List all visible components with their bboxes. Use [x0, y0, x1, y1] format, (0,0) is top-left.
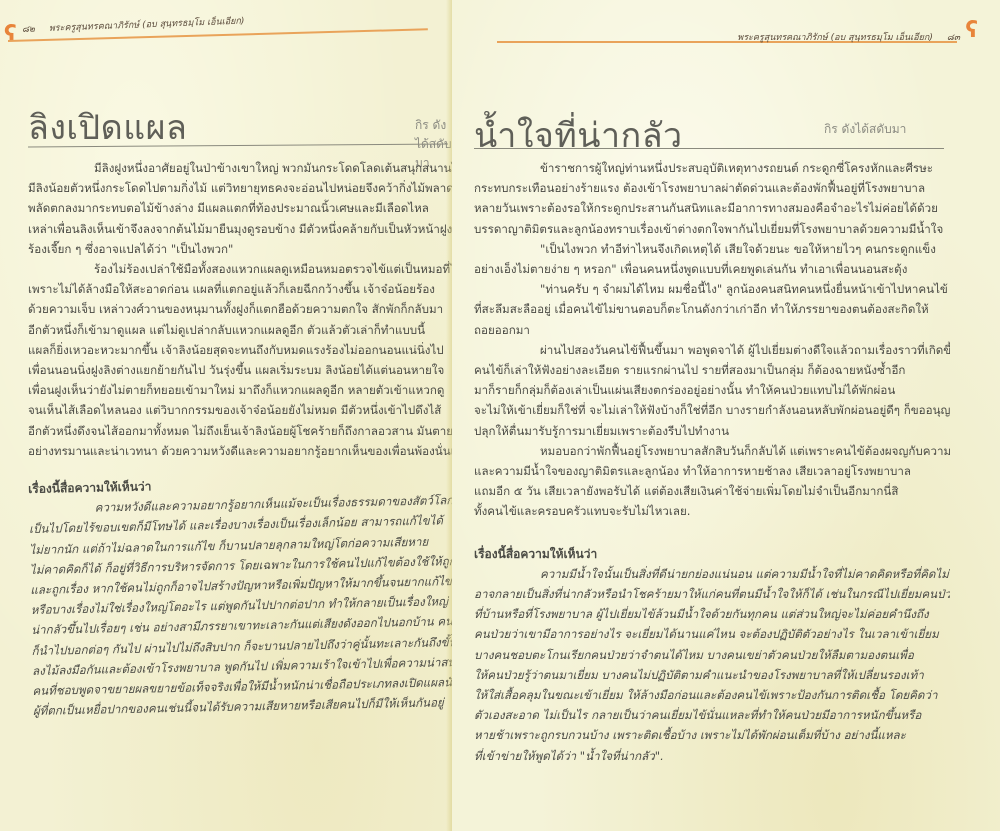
running-head-text: พระครูสุนทรคณาภิรักษ์ (อบ สุนฺทรธมฺโม เอ… — [737, 30, 933, 44]
story-body: ข้าราชการผู้ใหญ่ท่านหนึ่งประสบอุบัติเหตุ… — [474, 158, 950, 766]
text-line: ตัวเองสะอาด ไม่เป็นไร กลายเป็นว่าคนเยี่ย… — [474, 705, 950, 725]
text-line: ถอยออกมา — [474, 320, 950, 340]
left-page: ʕ ๘๒ พระครูสุนทรคณาภิรักษ์ (อบ สุนฺทรธมฺ… — [0, 0, 452, 831]
text-line: หลายวันเพราะต้องรอให้กระดูกประสานกันสนิท… — [474, 198, 950, 218]
text-line: บรรดาญาติมิตรและลูกน้องทราบเรื่องเข้าต่า… — [474, 219, 950, 239]
text-line: เพื่อนฝูงเห็นว่ายังไม่ตายก็ทยอยเข้ามาใหม… — [28, 380, 452, 400]
running-head: พระครูสุนทรคณาภิรักษ์ (อบ สุนฺทรธมฺโม เอ… — [737, 30, 960, 44]
text-line: คนป่วยว่าเขามีอาการอย่างไร จะเยี่ยมได้นา… — [474, 624, 950, 644]
text-line: อย่างเอ็งไม่ตายง่าย ๆ หรอก" เพื่อนคนหนึ่… — [474, 259, 950, 279]
text-line: ให้คนป่วยรู้ว่าตนมาเยี่ยม บางคนไม่ปฏิบัต… — [474, 665, 950, 685]
text-line: ที่บ้านหรือที่โรงพยาบาล ผู้ไปเยี่ยมไข้ล้… — [474, 604, 950, 624]
page-number: ๘๓ — [947, 30, 960, 44]
text-line: ที่เข้าข่ายให้พูดได้ว่า "น้ำใจที่น่ากลัว… — [474, 746, 950, 766]
title-rule — [474, 148, 944, 149]
text-line: แผลก็ยิ่งเหวอะหวะมากขึ้น เจ้าลิงน้อยสุดจ… — [28, 340, 452, 360]
text-line: คนไข้ก็เล่าให้ฟังอย่างละเอียด รายแรกผ่าน… — [474, 360, 950, 380]
text-line: มีลิงน้อยตัวหนึ่งกระโดดไปตามกิ่งไม้ แต่ว… — [28, 178, 452, 198]
story-body: มีลิงฝูงหนึ่งอาศัยอยู่ในป่าข้างเขาใหญ่ พ… — [28, 158, 452, 721]
text-line: อาจกลายเป็นสิ่งที่น่ากลัวหรือนำโชคร้ายมา… — [474, 584, 950, 604]
text-line: ผ่านไปสองวันคนไข้ฟื้นขึ้นมา พอพูดจาได้ ผ… — [474, 340, 950, 360]
text-line: ที่สะลึมสะลืออยู่ เมื่อคนไข้ไม่ขานตอบก็ต… — [474, 299, 950, 319]
byline: กิร ดังได้สดับมา — [824, 120, 906, 139]
text-line: ให้ใส่เสื้อคลุมในขณะเข้าเยี่ยม ให้ล้างมื… — [474, 685, 950, 705]
text-line: บางคนชอบตะโกนเรียกคนป่วยว่าจำตนได้ไหม บา… — [474, 645, 950, 665]
text-line: ทั้งคนไข้และครอบครัวแทบจะรับไม่ไหวเลย. — [474, 501, 950, 521]
running-head-text: พระครูสุนทรคณาภิรักษ์ (อบ สุนฺทรธมฺโม เอ… — [49, 13, 245, 34]
text-line: พลัดตกลงมากระทบตอไม้ข้างล่าง มีแผลแตกที่… — [28, 198, 452, 218]
text-line: ข้าราชการผู้ใหญ่ท่านหนึ่งประสบอุบัติเหตุ… — [474, 158, 950, 178]
text-line: หายช้าเพราะถูกรบกวนบ้าง เพราะติดเชื้อบ้า… — [474, 725, 950, 745]
text-line: ร้องเจี๊ยก ๆ ซึ่งอาจแปลได้ว่า "เป็นไงพวก… — [28, 239, 452, 259]
book-spread: ʕ ๘๒ พระครูสุนทรคณาภิรักษ์ (อบ สุนฺทรธมฺ… — [0, 0, 1000, 831]
text-line: เพื่อนนอนนิ่งฝูงลิงต่างแยกย้ายกันไป วันร… — [28, 360, 452, 380]
text-line: ร้องไม่ร้องเปล่าใช้มือทั้งสองแหวกแผลดูเห… — [28, 259, 452, 279]
ornament-curl-icon: ʕ — [4, 24, 17, 46]
text-line: กระทบกระเทือนอย่างร้ายแรง ต้องเข้าโรงพยา… — [474, 178, 950, 198]
text-line: และความมีน้ำใจของญาติมิตรและลูกน้อง ทำให… — [474, 461, 950, 481]
text-line: มาก็รายก็กลุ่มก็ต้องเล่าเป็นแผ่นเสียงตกร… — [474, 380, 950, 400]
lesson-section: เรื่องนี้สื่อความให้เห็นว่า ความหวังดีแล… — [28, 470, 452, 721]
text-line: ปลุกให้ตื่นมารับรู้การมาเยี่ยมเพราะต้องร… — [474, 421, 950, 441]
chapter-title: น้ำใจที่น่ากลัว — [474, 108, 683, 162]
text-line: เหล่าเพื่อนลิงเห็นเข้าจึงลงจากต้นไม้มายื… — [28, 219, 452, 239]
text-line: อีกตัวหนึ่งดึงจนไส้ออกมาทั้งหมด ไม่ถึงเย… — [28, 421, 452, 441]
lesson-heading: เรื่องนี้สื่อความให้เห็นว่า — [474, 544, 950, 564]
text-line: เพราะไม่ได้ล้างมือให้สะอาดก่อน แผลที่แตก… — [28, 279, 452, 299]
text-line: "เป็นไงพวก ทำอีท่าไหนจึงเกิดเหตุได้ เสีย… — [474, 239, 950, 259]
text-line: หมอบอกว่าพักฟื้นอยู่โรงพยาบาลสักสิบวันก็… — [474, 441, 950, 461]
text-line: "ท่านครับ ๆ จำผมได้ไหม ผมชื่อนี้ไง" ลูกน… — [474, 279, 950, 299]
page-number: ๘๒ — [22, 22, 35, 36]
text-line: จนเห็นไส้เลือดไหลนอง แต่วิบากกรรมของเจ้า… — [28, 400, 452, 420]
text-line: อย่างทรมานและน่าเวทนา ด้วยความหวังดีและค… — [28, 441, 452, 461]
text-line: ความมีน้ำใจนั้นเป็นสิ่งที่ดีน่ายกย่องแน่… — [474, 564, 950, 584]
text-line: จะไม่ให้เข้าเยี่ยมก็ใช่ที่ จะไม่เล่าให้ฟ… — [474, 400, 950, 420]
running-head: ๘๒ พระครูสุนทรคณาภิรักษ์ (อบ สุนฺทรธมฺโม… — [22, 13, 245, 36]
text-line: ด้วยความเจ็บ เหล่าวงศ์วานของหนุมานทั้งฝู… — [28, 299, 452, 319]
ornament-curl-icon: ʕ — [965, 20, 978, 42]
text-line: แถมอีก ๕ วัน เสียเวลายังพอรับได้ แต่ต้อง… — [474, 481, 950, 501]
right-page: พระครูสุนทรคณาภิรักษ์ (อบ สุนฺทรธมฺโม เอ… — [452, 0, 1000, 831]
text-line: มีลิงฝูงหนึ่งอาศัยอยู่ในป่าข้างเขาใหญ่ พ… — [28, 158, 452, 178]
text-line: อีกตัวหนึ่งก็เข้ามาดูแผล แต่ไม่ดูเปล่ากล… — [28, 320, 452, 340]
